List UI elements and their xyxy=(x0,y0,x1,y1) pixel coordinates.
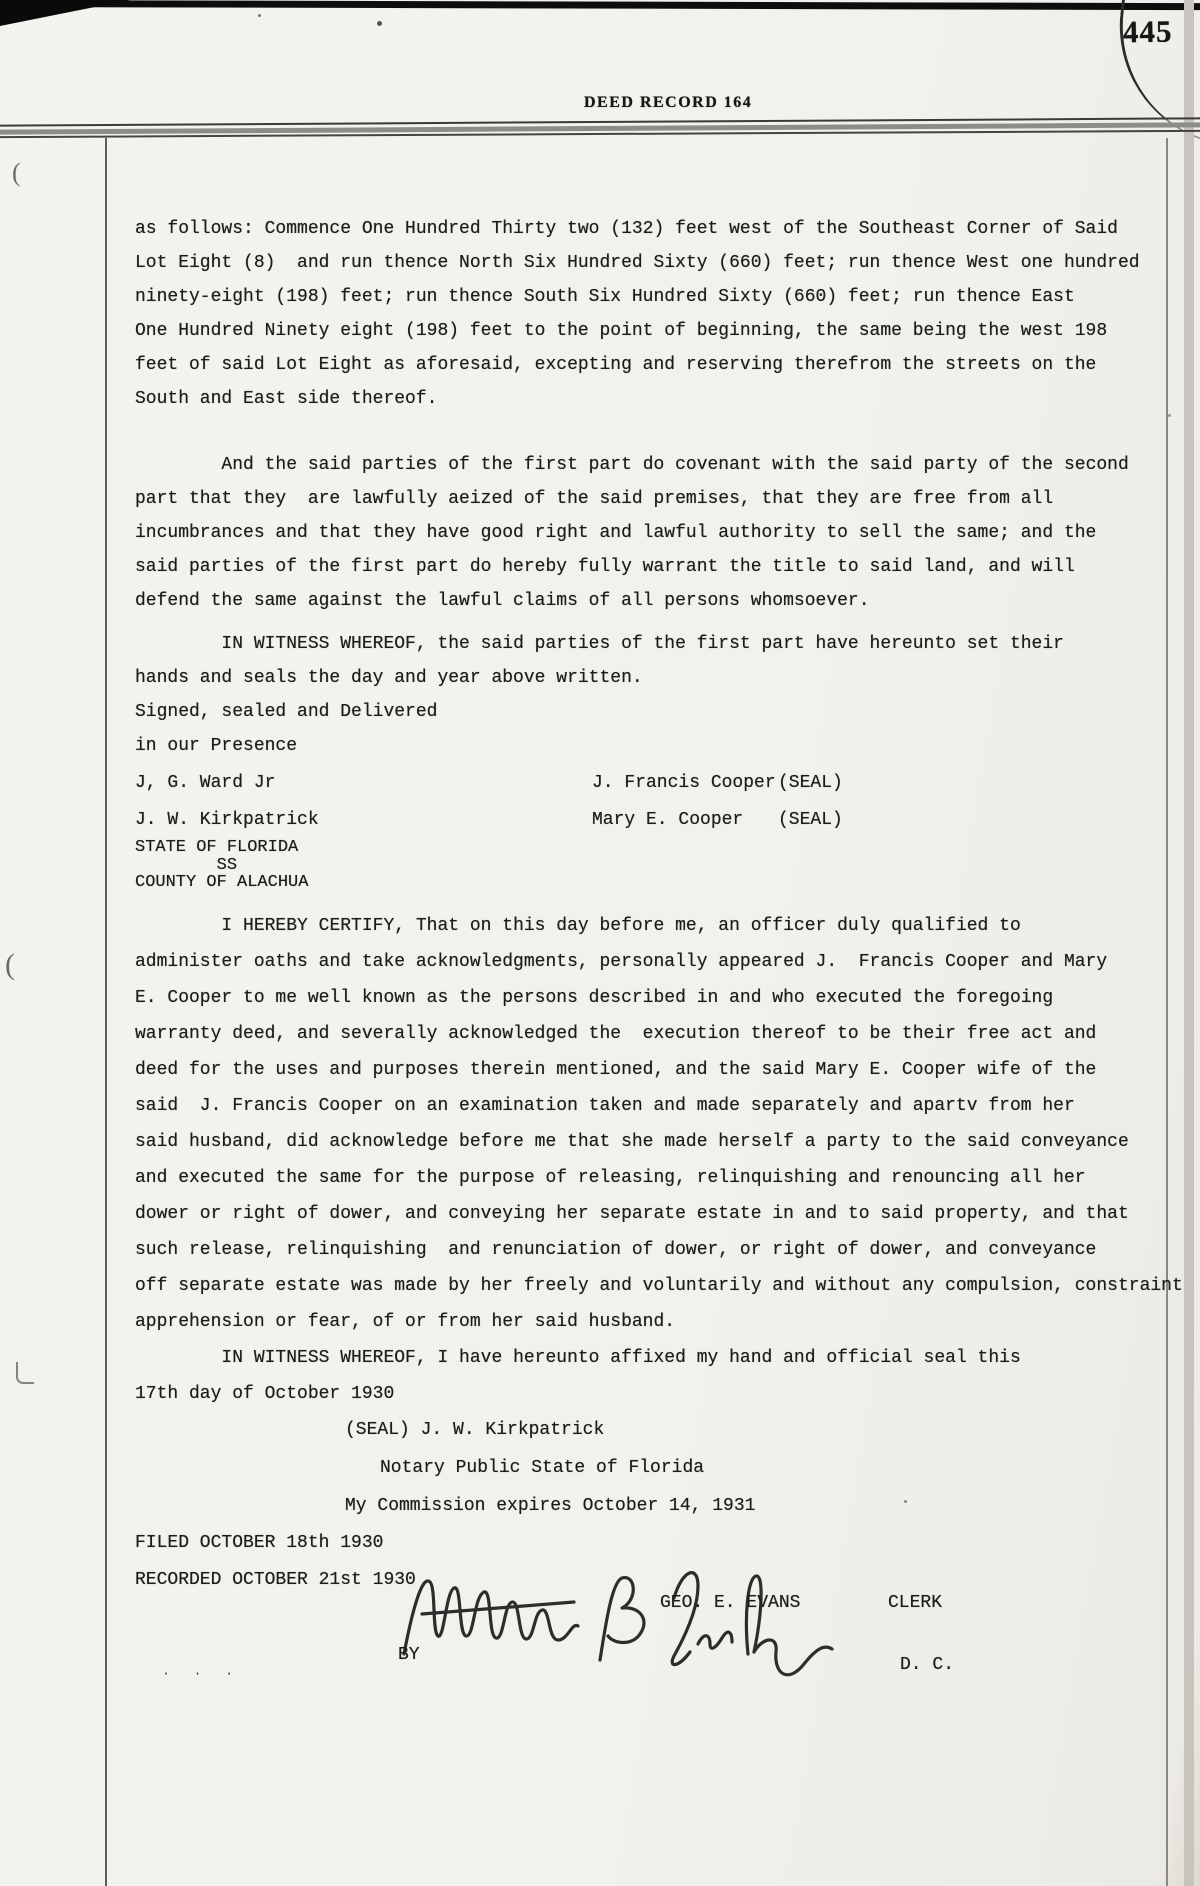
left-margin-rule xyxy=(105,138,107,1886)
clerk-title: CLERK xyxy=(888,1586,942,1620)
page-number: 445 xyxy=(1122,14,1172,51)
grantor-name-2: Mary E. Cooper xyxy=(592,803,743,837)
scan-edge-top xyxy=(0,0,1200,10)
scan-corner-top-left xyxy=(0,0,130,26)
seal-label-1: (SEAL) xyxy=(778,766,843,800)
book-title-header: DEED RECORD 164 xyxy=(584,94,752,112)
notary-seal-signature-line: (SEAL) J. W. Kirkpatrick xyxy=(345,1413,604,1447)
recorded-date-line: RECORDED OCTOBER 21st 1930 xyxy=(135,1563,416,1597)
witness-name-1: J, G. Ward Jr xyxy=(135,766,275,800)
filed-date-line: FILED OCTOBER 18th 1930 xyxy=(135,1526,383,1560)
notary-commission-line: My Commission expires October 14, 1931 xyxy=(345,1489,755,1523)
witness-clause-paragraph: IN WITNESS WHEREOF, the said parties of … xyxy=(135,627,1200,763)
notary-title-line: Notary Public State of Florida xyxy=(380,1451,704,1485)
ink-dots-mark: · · · xyxy=(162,1666,241,1681)
binder-mark-bottom xyxy=(16,1362,34,1384)
deed-description-paragraph: as follows: Commence One Hundred Thirty … xyxy=(135,212,1200,416)
deputy-clerk-initials: D. C. xyxy=(900,1648,954,1682)
seal-label-2: (SEAL) xyxy=(778,803,843,837)
binder-mark-middle: ( xyxy=(5,948,15,982)
witness-name-2: J. W. Kirkpatrick xyxy=(135,803,319,837)
binder-mark-top: ( xyxy=(12,158,21,188)
notary-certification-paragraph: I HEREBY CERTIFY, That on this day befor… xyxy=(135,908,1200,1412)
deed-record-page: ( ( 445 DEED RECORD 164 as follows: Comm… xyxy=(0,0,1200,1886)
scan-specks xyxy=(258,14,261,17)
venue-block: STATE OF FLORIDA SS COUNTY OF ALACHUA xyxy=(135,839,308,892)
deputy-clerk-signature xyxy=(392,1552,872,1692)
grantor-name-1: J. Francis Cooper xyxy=(592,766,776,800)
covenant-paragraph: And the said parties of the first part d… xyxy=(135,448,1200,618)
